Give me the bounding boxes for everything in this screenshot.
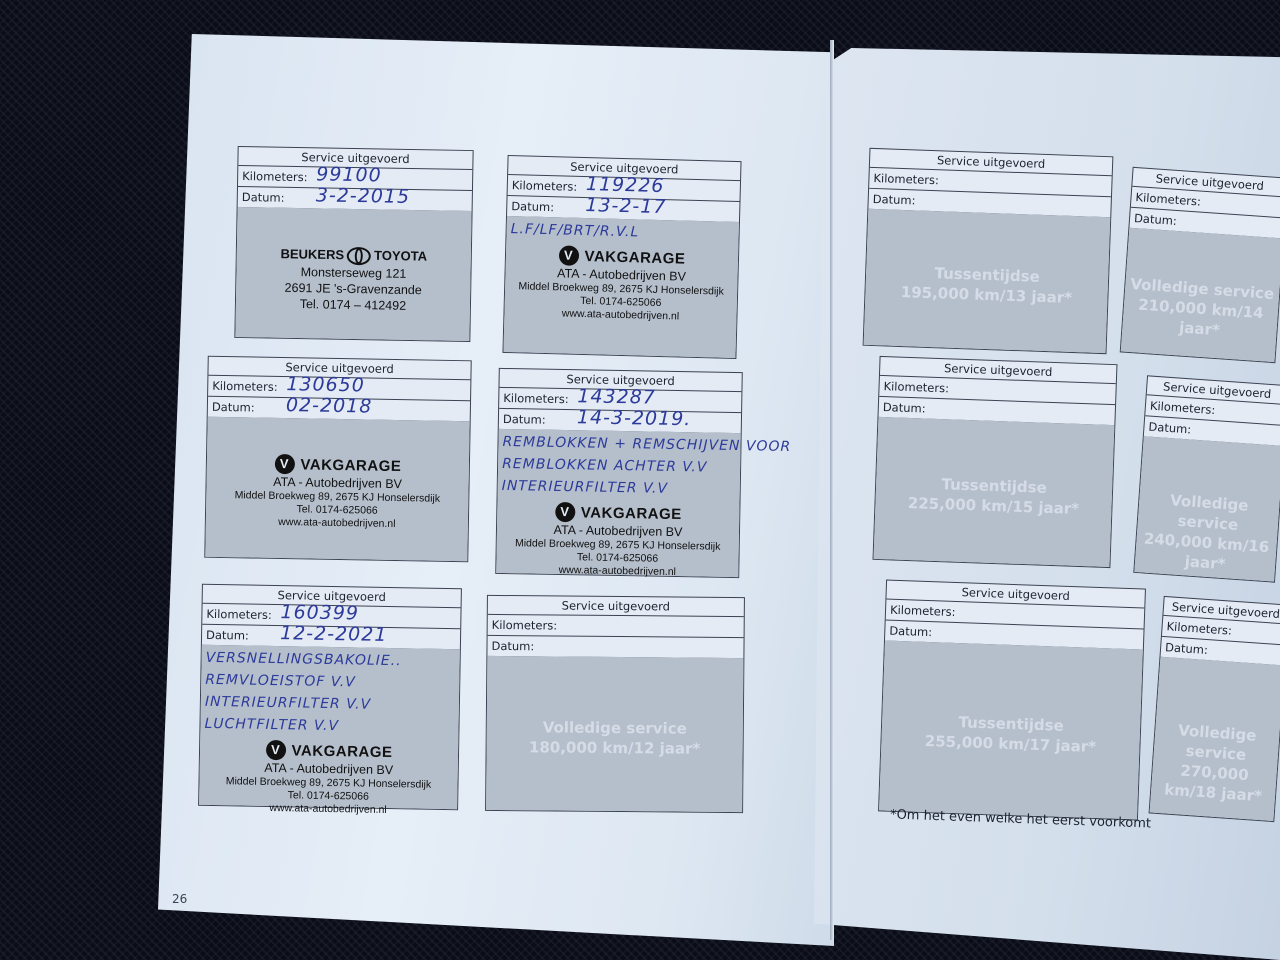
kilometers-field[interactable]: Kilometers: <box>488 615 744 638</box>
service-card: Service uitgevoerdKilometers:99100Datum:… <box>234 146 473 342</box>
scheduled-service-label: Volledige service180,000 km/12 jaar* <box>487 717 743 759</box>
booklet-spine <box>830 40 834 940</box>
service-card: Service uitgevoerdKilometers:Datum:Volle… <box>1149 596 1280 822</box>
card-body: Volledige service270,000 km/18 jaar* <box>1150 657 1280 821</box>
kilometers-label: Kilometers: <box>873 171 939 187</box>
dealer-stamp: VVAKGARAGEATA - Autobedrijven BVMiddel B… <box>496 501 739 580</box>
scheduled-service-label: Tussentijdse225,000 km/15 jaar* <box>875 472 1112 520</box>
kilometers-label: Kilometers: <box>212 379 278 394</box>
handwritten-notes: Remblokken + remschijven voorRemblokken … <box>502 431 792 502</box>
date-label: Datum: <box>503 412 546 427</box>
handwritten-notes: L.F/LF/BRT/R.V.L <box>510 218 639 243</box>
date-label: Datum: <box>1165 640 1209 657</box>
card-header: Service uitgevoerd <box>488 596 744 617</box>
service-card: Service uitgevoerdKilometers:119226Datum… <box>502 155 741 359</box>
service-card: Service uitgevoerdKilometers:Datum:Tusse… <box>873 356 1118 568</box>
date-value: 3-2-2015 <box>316 185 411 207</box>
dealer-stamp: VVAKGARAGEATA - Autobedrijven BVMiddel B… <box>199 739 458 818</box>
service-card: Service uitgevoerdKilometers:Datum:Tusse… <box>863 148 1114 354</box>
scheduled-service-label: Tussentijdse195,000 km/13 jaar* <box>865 261 1108 309</box>
scheduled-service-label: Volledige service240,000 km/16 jaar* <box>1135 488 1280 578</box>
date-label: Datum: <box>242 190 285 205</box>
kilometers-label: Kilometers: <box>883 379 949 395</box>
vakgarage-logo: VVAKGARAGE <box>274 454 401 476</box>
vakgarage-v-icon: V <box>265 740 285 760</box>
kilometers-label: Kilometers: <box>512 178 578 194</box>
service-card: Service uitgevoerdKilometers:130650Datum… <box>204 356 471 563</box>
kilometers-label: Kilometers: <box>206 607 272 622</box>
service-card: Service uitgevoerdKilometers:160399Datum… <box>198 584 462 811</box>
dealer-stamp: VVAKGARAGEATA - Autobedrijven BVMiddel B… <box>504 244 738 325</box>
kilometers-value: 119226 <box>586 174 665 196</box>
card-body: Tussentijdse225,000 km/15 jaar* <box>874 417 1115 567</box>
date-value: 02-2018 <box>286 395 373 417</box>
kilometers-label: Kilometers: <box>1166 619 1232 638</box>
date-label: Datum: <box>889 624 932 639</box>
date-label: Datum: <box>883 400 926 415</box>
dealer-stamp: BEUKERSTOYOTAMonsterseweg 1212691 JE 's-… <box>236 245 471 315</box>
kilometers-label: Kilometers: <box>503 391 569 406</box>
vakgarage-v-icon: V <box>274 454 294 474</box>
page-number: 26 <box>172 892 187 906</box>
date-label: Datum: <box>1134 211 1178 228</box>
kilometers-label: Kilometers: <box>242 169 308 184</box>
date-label: Datum: <box>511 199 554 214</box>
vakgarage-logo: VVAKGARAGE <box>265 740 392 762</box>
handwritten-notes: Versnellingsbakolie..Remvloeistof v.vInt… <box>204 647 401 738</box>
card-body: Tussentijdse255,000 km/17 jaar* <box>879 641 1143 820</box>
service-card: Service uitgevoerdKilometers:Datum:Volle… <box>1120 167 1280 363</box>
kilometers-label: Kilometers: <box>1135 190 1201 209</box>
date-value: 12-2-2021 <box>280 623 388 645</box>
dealer-stamp: VVAKGARAGEATA - Autobedrijven BVMiddel B… <box>206 453 469 533</box>
toyota-logo-icon <box>347 247 371 265</box>
kilometers-label: Kilometers: <box>492 618 558 633</box>
service-card: Service uitgevoerdKilometers:Datum:Tusse… <box>878 580 1146 821</box>
service-card: Service uitgevoerdKilometers:Datum:Volle… <box>485 595 745 813</box>
date-value: 14-3-2019. <box>577 407 692 429</box>
date-label: Datum: <box>206 628 249 643</box>
service-card: Service uitgevoerdKilometers:Datum:Volle… <box>1133 375 1280 582</box>
vakgarage-v-icon: V <box>558 245 579 266</box>
card-body: Volledige service180,000 km/12 jaar* <box>486 656 743 812</box>
date-label: Datum: <box>873 192 916 207</box>
kilometers-label: Kilometers: <box>890 603 956 619</box>
scheduled-service-label: Volledige service210,000 km/14 jaar* <box>1122 274 1280 345</box>
date-label: Datum: <box>491 639 534 653</box>
kilometers-label: Kilometers: <box>1149 399 1215 418</box>
date-label: Datum: <box>1148 420 1192 437</box>
kilometers-value: 160399 <box>280 602 359 623</box>
service-card: Service uitgevoerdKilometers:143287Datum… <box>495 368 743 578</box>
scheduled-service-label: Volledige service270,000 km/18 jaar* <box>1151 719 1280 807</box>
card-body: Tussentijdse195,000 km/13 jaar* <box>864 209 1111 353</box>
card-body: Volledige service240,000 km/16 jaar* <box>1134 436 1280 581</box>
vakgarage-logo: VVAKGARAGE <box>555 502 682 524</box>
vakgarage-v-icon: V <box>555 502 575 522</box>
kilometers-value: 130650 <box>286 374 365 395</box>
date-label: Datum: <box>212 400 255 415</box>
date-value: 13-2-17 <box>585 195 667 217</box>
card-body: Volledige service210,000 km/14 jaar* <box>1121 228 1280 362</box>
scheduled-service-label: Tussentijdse255,000 km/17 jaar* <box>881 709 1140 758</box>
kilometers-value: 99100 <box>316 164 382 185</box>
kilometers-value: 143287 <box>577 386 656 407</box>
